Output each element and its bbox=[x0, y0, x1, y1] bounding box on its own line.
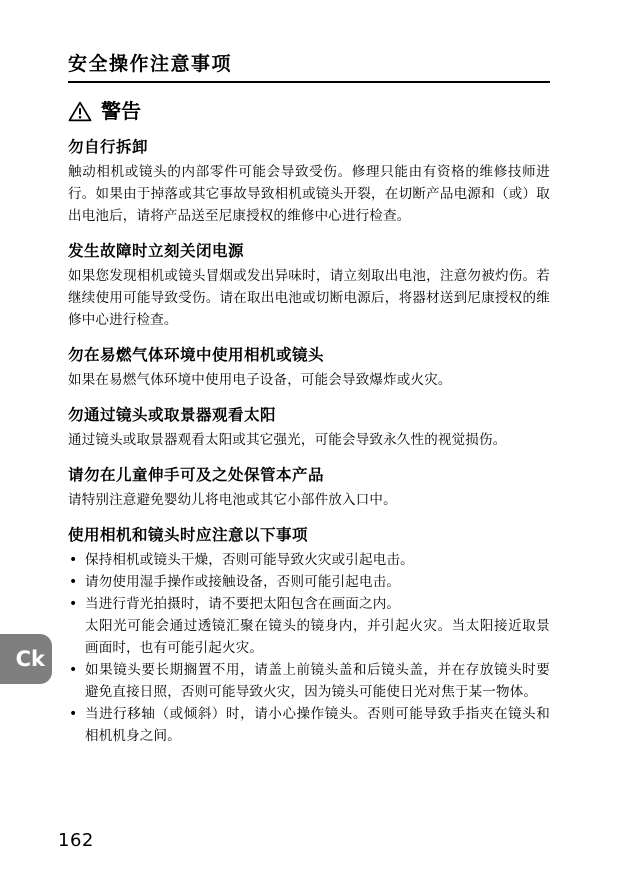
bullet-icon: • bbox=[69, 549, 77, 571]
section-heading: 勿在易燃气体环境中使用相机或镜头 bbox=[68, 345, 550, 365]
bullet-text: 请勿使用湿手操作或接触设备，否则可能引起电击。 bbox=[85, 571, 550, 593]
section-body: 请特别注意避免婴幼儿将电池或其它小部件放入口中。 bbox=[68, 489, 550, 511]
section-turn-off-on-malfunction: 发生故障时立刻关闭电源 如果您发现相机或镜头冒烟或发出异味时，请立刻取出电池，注… bbox=[68, 241, 550, 331]
page-number: 162 bbox=[58, 830, 94, 851]
section-body: 如果您发现相机或镜头冒烟或发出异味时，请立刻取出电池，注意勿被灼伤。若继续使用可… bbox=[68, 265, 550, 331]
section-heading: 使用相机和镜头时应注意以下事项 bbox=[68, 525, 550, 545]
page-content: 安全操作注意事项 警告 勿自行拆卸 触动相机或镜头的内部零件可能会导致受伤。修理… bbox=[68, 53, 550, 747]
manual-page: 安全操作注意事项 警告 勿自行拆卸 触动相机或镜头的内部零件可能会导致受伤。修理… bbox=[0, 0, 621, 875]
list-item: • 如果镜头要长期搁置不用，请盖上前镜头盖和后镜头盖，并在存放镜头时要避免直接日… bbox=[68, 659, 550, 703]
section-do-not-view-sun: 勿通过镜头或取景器观看太阳 通过镜头或取景器观看太阳或其它强光，可能会导致永久性… bbox=[68, 405, 550, 451]
bullet-icon: • bbox=[69, 571, 77, 593]
bullet-icon: • bbox=[69, 593, 77, 615]
page-title: 安全操作注意事项 bbox=[68, 53, 550, 83]
language-tab-ck: Ck bbox=[0, 634, 52, 684]
bullet-icon: • bbox=[69, 659, 77, 681]
bullet-text-continued: 太阳光可能会通过透镜汇聚在镜头的镜身内，并引起火灾。当太阳接近取景画面时，也有可… bbox=[85, 615, 550, 659]
warning-heading: 警告 bbox=[68, 99, 550, 123]
bullet-icon: • bbox=[69, 703, 77, 725]
section-body: 如果在易燃气体环境中使用电子设备，可能会导致爆炸或火灾。 bbox=[68, 369, 550, 391]
warning-triangle-icon bbox=[68, 101, 92, 122]
bullet-list: • 保持相机或镜头干燥，否则可能导致火灾或引起电击。 • 请勿使用湿手操作或接触… bbox=[68, 549, 550, 747]
bullet-text: 如果镜头要长期搁置不用，请盖上前镜头盖和后镜头盖，并在存放镜头时要避免直接日照，… bbox=[85, 659, 550, 703]
section-body: 触动相机或镜头的内部零件可能会导致受伤。修理只能由有资格的维修技师进行。如果由于… bbox=[68, 161, 550, 227]
section-body: 通过镜头或取景器观看太阳或其它强光，可能会导致永久性的视觉损伤。 bbox=[68, 429, 550, 451]
section-keep-away-from-children: 请勿在儿童伸手可及之处保管本产品 请特别注意避免婴幼儿将电池或其它小部件放入口中… bbox=[68, 465, 550, 511]
section-do-not-disassemble: 勿自行拆卸 触动相机或镜头的内部零件可能会导致受伤。修理只能由有资格的维修技师进… bbox=[68, 137, 550, 227]
section-heading: 勿自行拆卸 bbox=[68, 137, 550, 157]
section-usage-precautions: 使用相机和镜头时应注意以下事项 • 保持相机或镜头干燥，否则可能导致火灾或引起电… bbox=[68, 525, 550, 747]
section-heading: 发生故障时立刻关闭电源 bbox=[68, 241, 550, 261]
section-heading: 勿通过镜头或取景器观看太阳 bbox=[68, 405, 550, 425]
list-item: • 当进行背光拍摄时，请不要把太阳包含在画面之内。 太阳光可能会通过透镜汇聚在镜… bbox=[68, 593, 550, 659]
bullet-text: 当进行背光拍摄时，请不要把太阳包含在画面之内。 bbox=[85, 593, 550, 615]
section-heading: 请勿在儿童伸手可及之处保管本产品 bbox=[68, 465, 550, 485]
section-no-flammable-gas: 勿在易燃气体环境中使用相机或镜头 如果在易燃气体环境中使用电子设备，可能会导致爆… bbox=[68, 345, 550, 391]
list-item: • 当进行移轴（或倾斜）时，请小心操作镜头。否则可能导致手指夹在镜头和相机机身之… bbox=[68, 703, 550, 747]
warning-label: 警告 bbox=[101, 99, 141, 123]
list-item: • 保持相机或镜头干燥，否则可能导致火灾或引起电击。 bbox=[68, 549, 550, 571]
bullet-text: 当进行移轴（或倾斜）时，请小心操作镜头。否则可能导致手指夹在镜头和相机机身之间。 bbox=[85, 703, 550, 747]
bullet-text: 保持相机或镜头干燥，否则可能导致火灾或引起电击。 bbox=[85, 549, 550, 571]
list-item: • 请勿使用湿手操作或接触设备，否则可能引起电击。 bbox=[68, 571, 550, 593]
